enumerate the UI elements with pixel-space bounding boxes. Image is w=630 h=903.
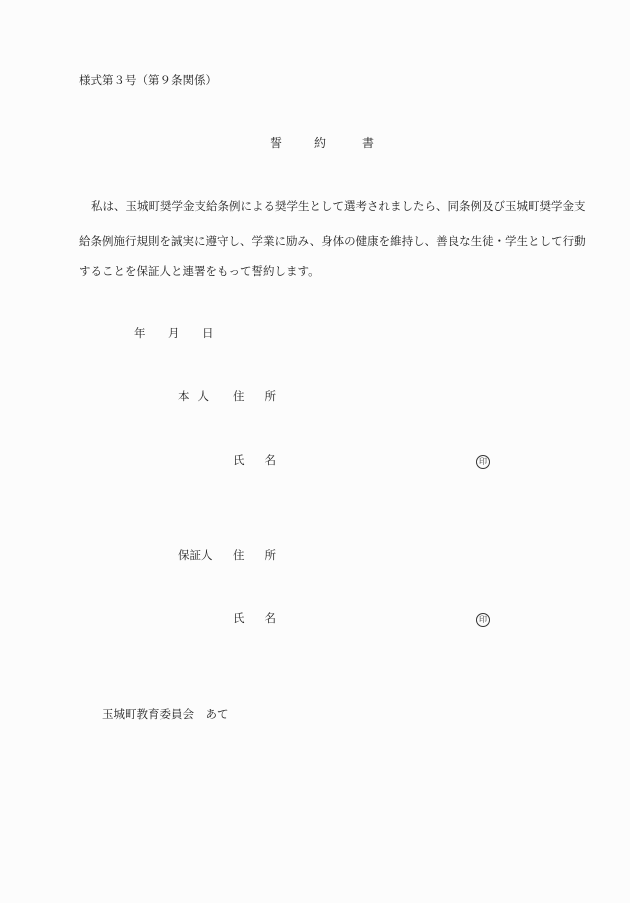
principal-address-label: 住所 [233,388,296,404]
pledge-text-line-3: することを保証人と連署をもって誓約します。 [79,263,565,279]
form-number: 様式第３号（第９条関係） [79,72,217,88]
guarantor-label: 保証人 [178,547,213,563]
principal-seal: 印 [476,452,490,469]
pledge-text-line-1: 私は、玉城町奨学金支給条例による奨学生として選考されましたら、同条例及び玉城町奨… [91,198,577,214]
guarantor-name-label: 氏名 [233,610,296,626]
day-label: 日 [202,325,214,341]
title-char-3: 書 [362,135,374,151]
title-char-1: 誓 [270,135,314,151]
guarantor-address-label: 住所 [233,547,296,563]
month-label: 月 [168,325,202,341]
seal-icon: 印 [476,613,490,627]
principal-name-label: 氏名 [233,452,296,468]
addressee: 玉城町教育委員会 あて [102,706,229,722]
guarantor-seal: 印 [476,610,490,627]
document-title: 誓 約 書 [270,135,374,151]
year-label: 年 [134,325,168,341]
principal-label: 本人 [178,388,217,404]
pledge-text-line-2: 給条例施行規則を誠実に遵守し、学業に励み、身体の健康を維持し、善良な生徒・学生と… [79,233,565,249]
seal-icon: 印 [476,455,490,469]
title-char-2: 約 [314,135,362,151]
date-field[interactable]: 年 月 日 [134,325,214,341]
